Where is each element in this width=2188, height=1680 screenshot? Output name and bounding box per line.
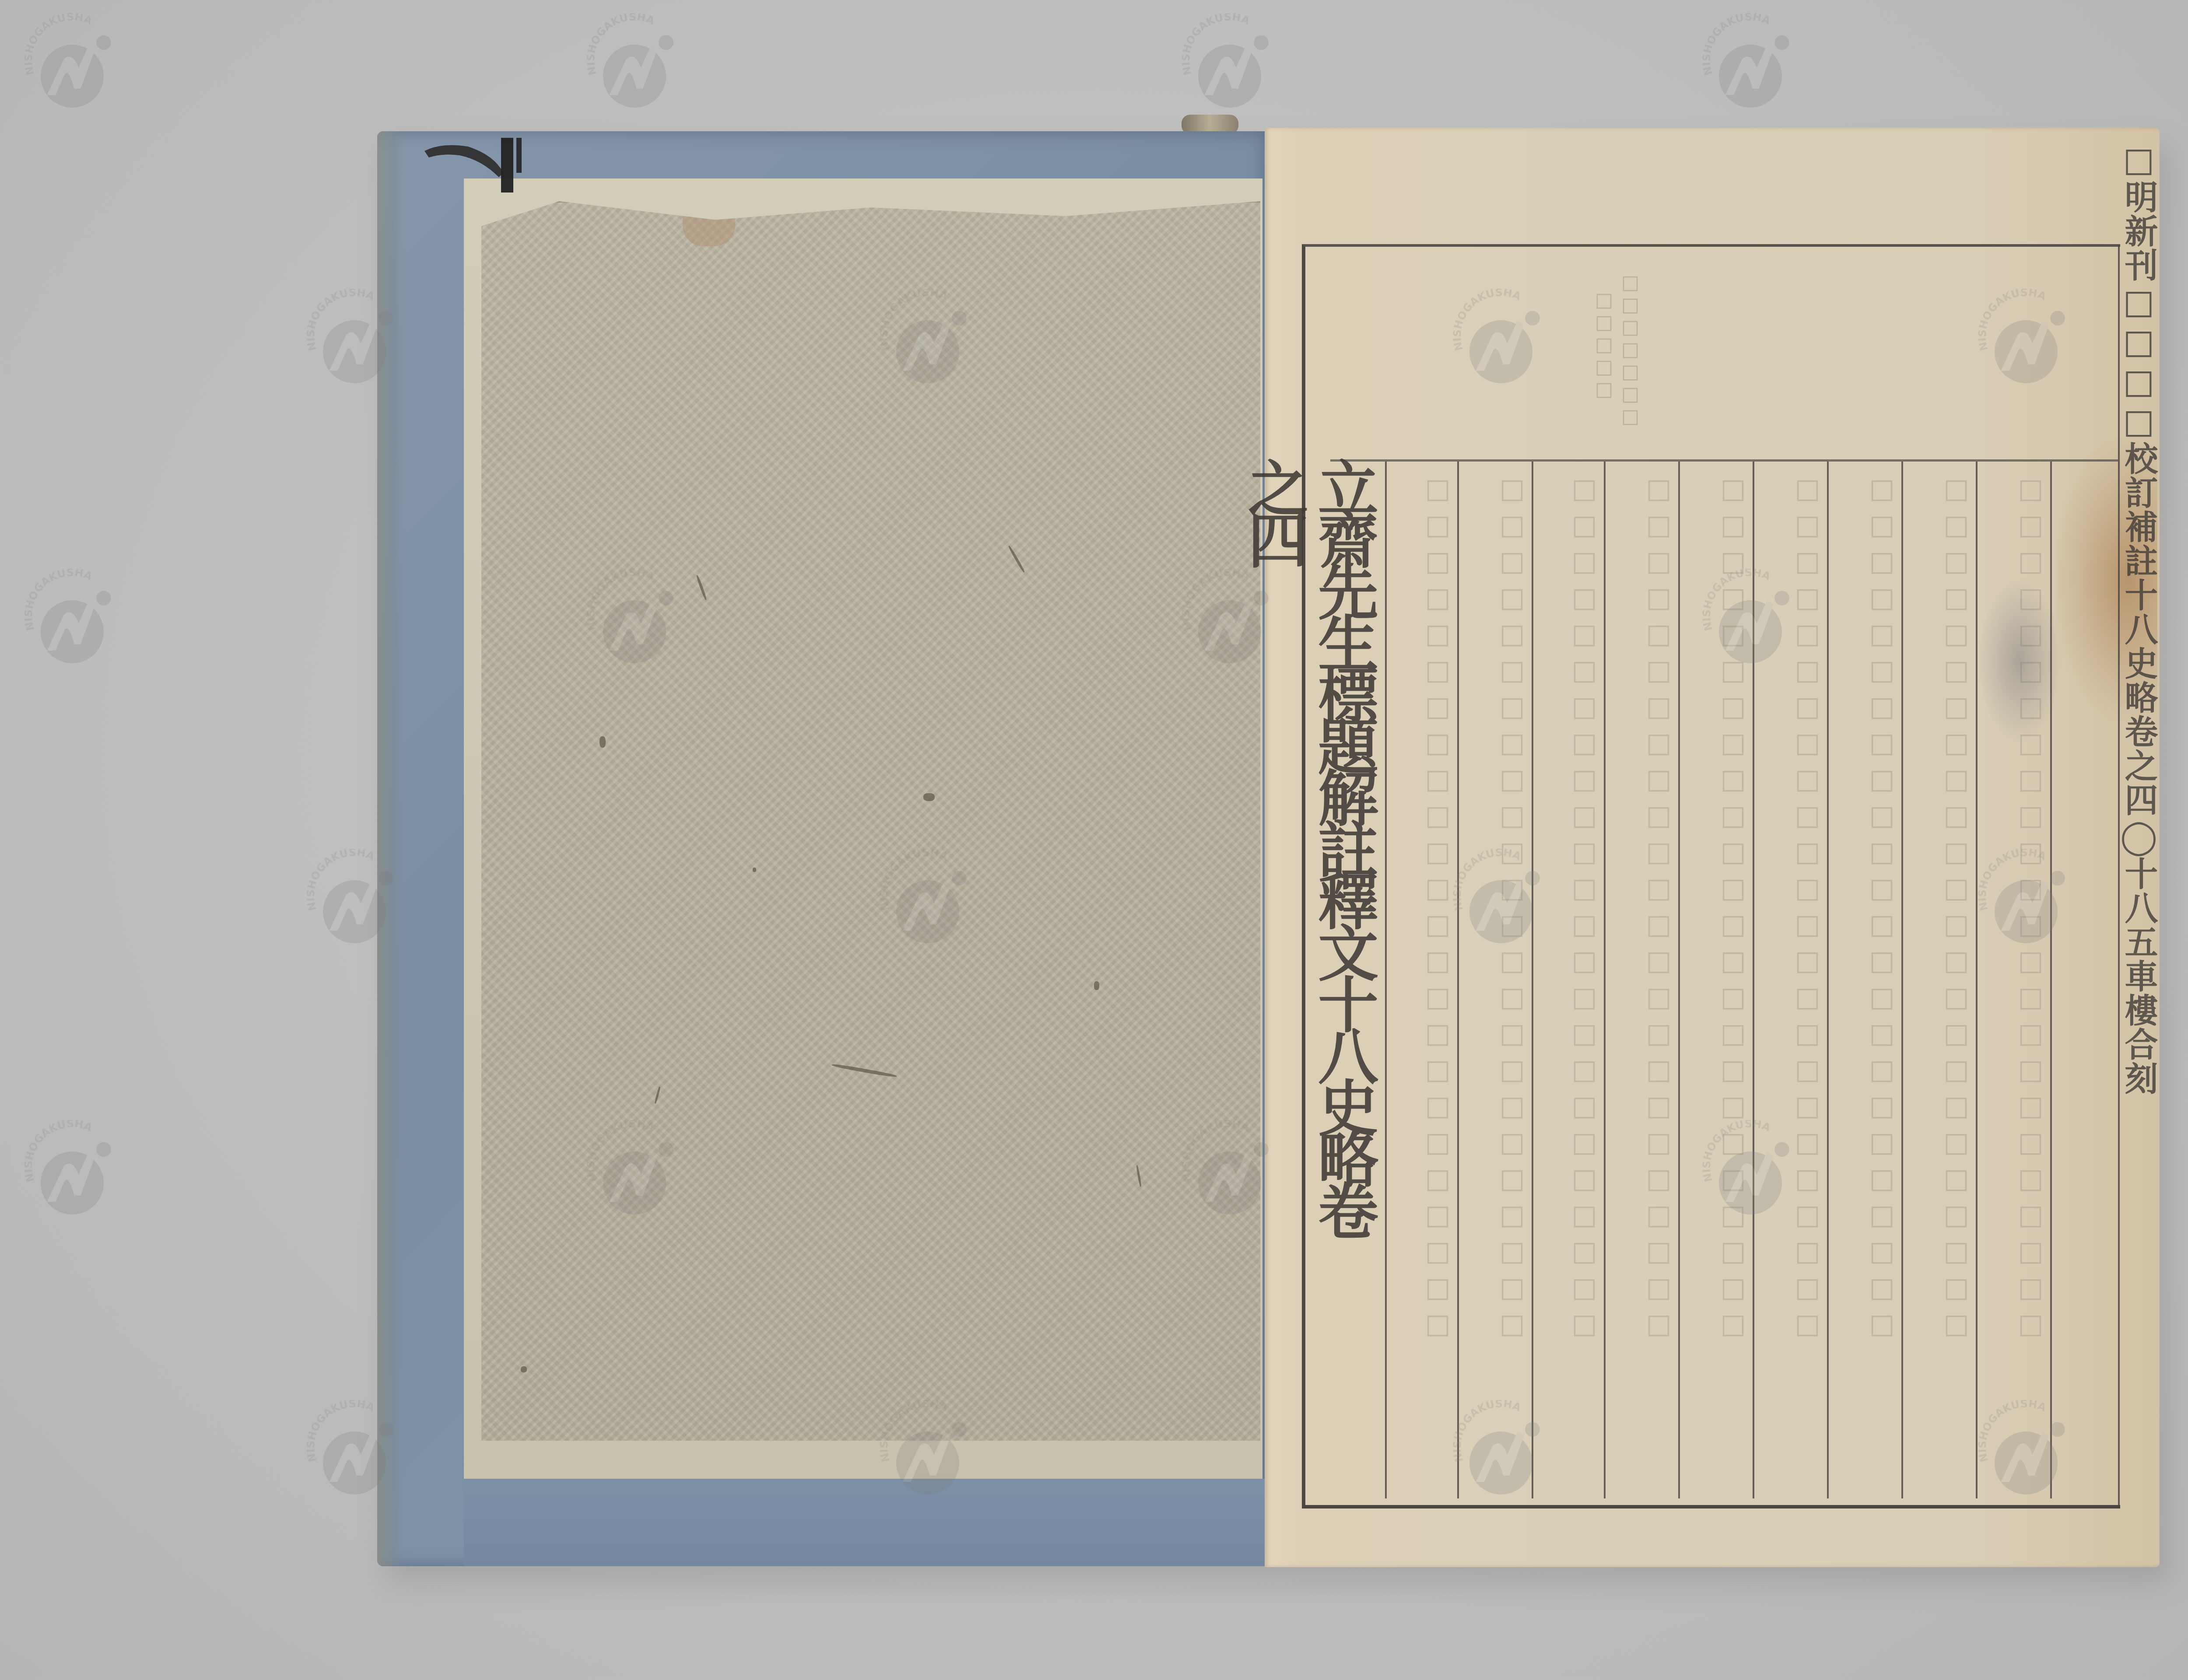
column-rule [1604, 462, 1606, 1498]
nishogakusha-watermark-icon: NISHOGAKUSHA [20, 13, 125, 118]
column-rule [2050, 462, 2052, 1498]
cover-spine-edge [377, 131, 403, 1566]
body-text-column: □□□□□□□□□□□□□□□□□□□□□□□□ [1392, 472, 1453, 1479]
column-rule [1678, 462, 1680, 1498]
hanshin-volume: 卷之四 [2119, 714, 2158, 817]
column-rule [1827, 462, 1829, 1498]
cover-bottom-cloth [464, 1479, 1265, 1566]
header-ghost-text: □□□□□□□ [1619, 271, 1641, 446]
column-rule [1385, 462, 1387, 1498]
ink-mark-icon [416, 133, 547, 195]
nishogakusha-watermark-icon: NISHOGAKUSHA [582, 13, 687, 118]
header-band-divider [1330, 459, 2118, 462]
body-text-column: □□□□□□□□□□□□□□□□□□□□□□□□ [1761, 472, 1823, 1479]
column-rule [1753, 462, 1754, 1498]
column-rule [1532, 462, 1533, 1498]
fish-tail-mark-icon: ◯ [2119, 817, 2158, 857]
body-text-column: □□□□□□□□□□□□□□□□□□□□□□□□ [1466, 472, 1527, 1479]
column-rule [1901, 462, 1903, 1498]
hanshin-publisher: 五車樓合刻 [2119, 925, 2158, 1095]
body-text-column: □□□□□□□□□□□□□□□□□□□□□□□□ [1613, 472, 1674, 1479]
body-text-column: □□□□□□□□□□□□□□□□□□□□□□□□ [1910, 472, 1971, 1479]
svg-text:NISHOGAKUSHA: NISHOGAKUSHA [585, 13, 656, 77]
svg-text:NISHOGAKUSHA: NISHOGAKUSHA [22, 1120, 94, 1183]
svg-text:NISHOGAKUSHA: NISHOGAKUSHA [305, 1400, 376, 1463]
cover-endpaper [481, 201, 1260, 1441]
nishogakusha-watermark-icon: NISHOGAKUSHA [20, 569, 125, 674]
body-text-column: □□□□□□□□□□□□□□□□□□□□□□□□ [1985, 472, 2046, 1479]
nishogakusha-watermark-icon: NISHOGAKUSHA [1177, 13, 1282, 118]
svg-text:NISHOGAKUSHA: NISHOGAKUSHA [305, 849, 376, 912]
svg-text:NISHOGAKUSHA: NISHOGAKUSHA [1180, 13, 1252, 77]
nishogakusha-watermark-icon: NISHOGAKUSHA [20, 1120, 125, 1225]
column-rule [1457, 462, 1459, 1498]
svg-text:NISHOGAKUSHA: NISHOGAKUSHA [22, 569, 94, 632]
svg-text:NISHOGAKUSHA: NISHOGAKUSHA [305, 289, 376, 352]
hanshin-margin-text: □明新刊□□□□校訂補註十八史略卷之四◯十八五車樓合刻 [2119, 140, 2158, 1540]
book-title-column: 立齋先生標題解註釋文十八史略卷之四 [1308, 457, 1378, 1267]
body-text-column: □□□□□□□□□□□□□□□□□□□□□□□□ [1538, 472, 1599, 1479]
header-ghost-text: □□□□□ [1593, 289, 1615, 420]
svg-text:NISHOGAKUSHA: NISHOGAKUSHA [1701, 13, 1772, 77]
column-rule [1976, 462, 1978, 1498]
svg-text:NISHOGAKUSHA: NISHOGAKUSHA [22, 13, 94, 77]
body-text-column: □□□□□□□□□□□□□□□□□□□□□□□□ [1836, 472, 1897, 1479]
hanshin-leaf-number: 十八 [2119, 857, 2158, 925]
hanshin-upper-text: □明新刊□□□□校訂補註十八史略 [2119, 140, 2158, 714]
body-text-column: □□□□□□□□□□□□□□□□□□□□□□□□ [1687, 472, 1748, 1479]
nishogakusha-watermark-icon: NISHOGAKUSHA [1698, 13, 1803, 118]
